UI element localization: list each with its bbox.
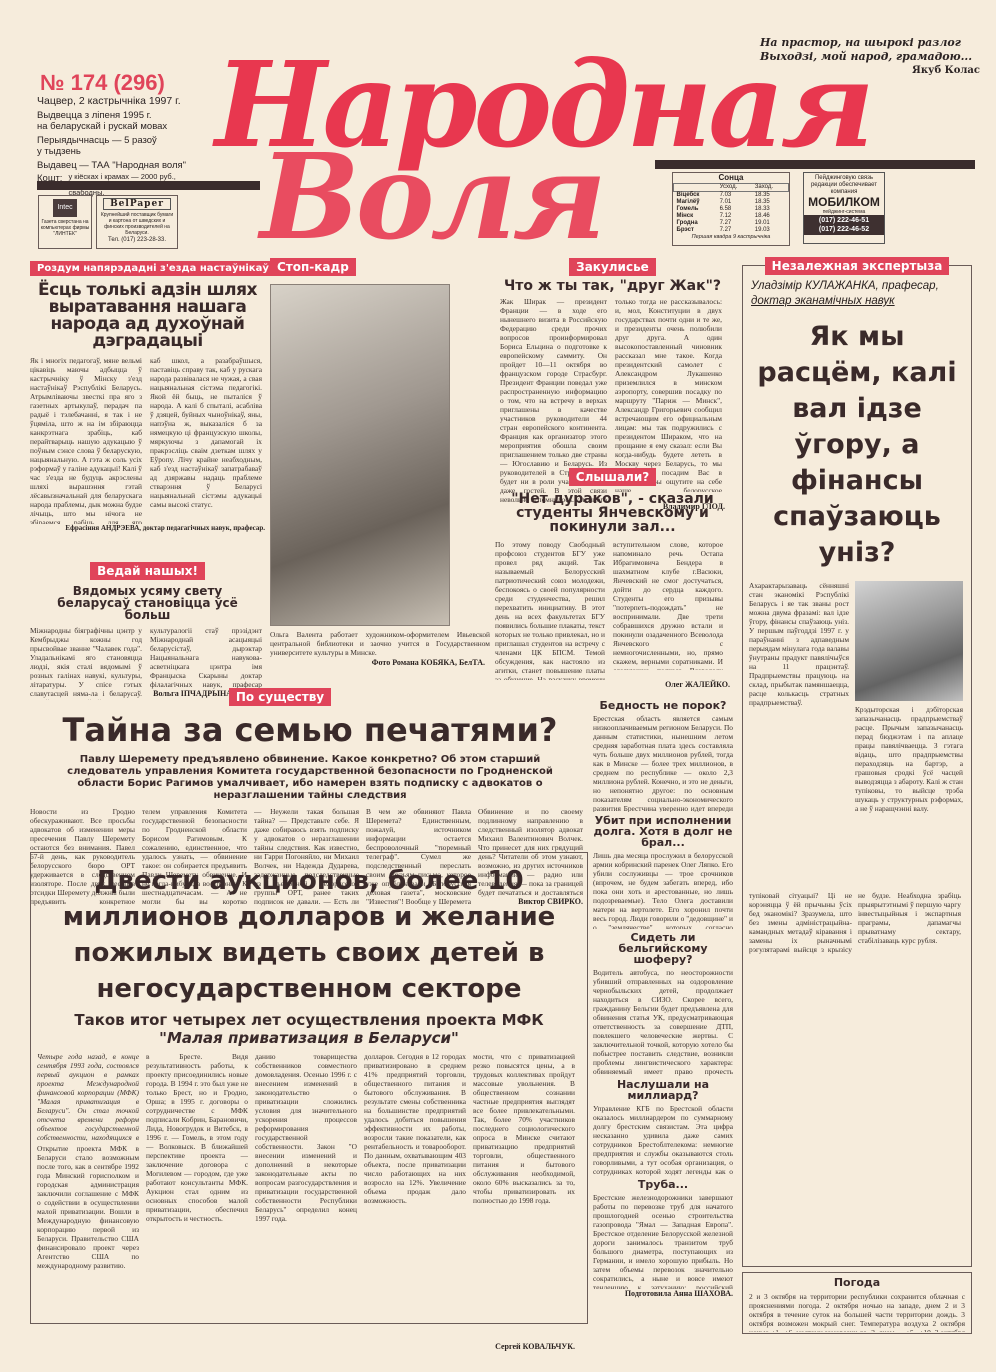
weather-title: Погода bbox=[743, 1277, 971, 1288]
sun-row: Магілёў7.0118.35 bbox=[674, 199, 789, 206]
deck: Павлу Шеремету предъявлено обвинение. Ка… bbox=[44, 754, 576, 802]
section-tag: Закулисье bbox=[569, 258, 656, 276]
photo-credit: Фото Романа КОБЯКА, БелТА. bbox=[270, 658, 485, 667]
section-tag: Стоп-кадр bbox=[270, 258, 356, 276]
brest-headline-4: Наслушали на миллиард? bbox=[593, 1079, 733, 1101]
author-name: Уладзімір КУЛАЖАНКА, прафесар, bbox=[751, 279, 963, 294]
body-col-1: Открытие проекта МФК в Беларуси стало во… bbox=[37, 1144, 139, 1354]
belpaper-logo: BelPaper bbox=[103, 198, 171, 210]
epigraph-author: Якуб Колас bbox=[760, 64, 980, 78]
masthead-rule-left bbox=[37, 181, 260, 190]
headline: Двести аукционов, более 10 миллионов дол… bbox=[51, 863, 567, 1007]
epigraph-line-1: На прастор, на шырокі разлог bbox=[760, 36, 980, 50]
sun-row: Брэст7.2719.03 bbox=[674, 227, 789, 234]
headline: Что ж ты так, "друг Жак"? bbox=[500, 279, 725, 293]
weather-box: Погода 2 и 3 октября на территории респу… bbox=[742, 1272, 972, 1334]
headline: Тайна за семью печатями? bbox=[30, 714, 590, 746]
sun-row: Гродна7.2719.01 bbox=[674, 220, 789, 227]
mobilcom-text: Пейджинговую связь редакции обеспечивает… bbox=[804, 173, 884, 196]
brest-text-2: Лишь два месяца прослужил в белорусской … bbox=[593, 851, 733, 929]
section-tag: Ведай нашых! bbox=[90, 562, 205, 580]
lintec-text: Газета сверстана на компьютерах фирмы "Л… bbox=[39, 219, 91, 237]
brest-headline-5: Труба... bbox=[593, 1179, 733, 1190]
lintec-ad: Intec Газета сверстана на компьютерах фи… bbox=[38, 195, 92, 249]
issue-number: № 174 (296) bbox=[40, 70, 165, 96]
photo-caption: Ольга Валента работает художником-оформи… bbox=[270, 630, 490, 658]
body-col-2: в Бресте. Видя результативность работы, … bbox=[146, 1052, 248, 1354]
body-col-5: мости, что с приватизацией резко повысят… bbox=[473, 1052, 575, 1342]
sun-row: Гомель6.5818.33 bbox=[674, 206, 789, 213]
byline: Сергей КОВАЛЬЧУК. bbox=[473, 1342, 575, 1351]
body-col-4: долларов. Сегодня в 12 городах приватизи… bbox=[364, 1052, 466, 1354]
body-col-1: Ахарактарызаваць сённяшні стан эканомікі… bbox=[749, 581, 849, 881]
newspaper-title-line2: Воля bbox=[260, 132, 603, 262]
author-title: доктар эканамічных навук bbox=[751, 294, 963, 309]
sun-row: Віцебск7.0318.35 bbox=[674, 192, 789, 200]
author-photo bbox=[855, 581, 963, 701]
sun-table: Сонца Усход.Заход. Віцебск7.0318.35 Магі… bbox=[672, 172, 790, 246]
mobilcom-ad: Пейджинговую связь редакции обеспечивает… bbox=[803, 172, 885, 244]
brest-text-4: Управление КГБ по Брестской области оказ… bbox=[593, 1104, 733, 1176]
byline: Подготовила Анна ШАХОВА. bbox=[593, 1289, 733, 1298]
body-col-2: культуралогіі стаў прэзідэнт Міжнароднай… bbox=[150, 626, 262, 689]
sun-row: Мінск7.1218.46 bbox=[674, 213, 789, 220]
lead-text: Четыре года назад, в конце сентября 1993… bbox=[37, 1052, 139, 1142]
epigraph-line-2: Выходзі, мой народ, грамадою... bbox=[760, 50, 980, 64]
section-tag: Роздум напярэдадні з'езда настаўнікаў bbox=[30, 261, 276, 276]
epigraph: На прастор, на шырокі разлог Выходзі, мо… bbox=[760, 36, 980, 78]
mobilcom-phone-1: (017) 222-46-51 bbox=[804, 216, 884, 225]
weather-text: 2 и 3 октября на территории республики с… bbox=[749, 1292, 965, 1332]
brest-headline-3: Сидеть ли бельгийскому шоферу? bbox=[593, 932, 733, 965]
brest-headline-2: Убит при исполнении долга. Хотя в долг н… bbox=[593, 815, 733, 848]
brest-headline-1: Бедность не порок? bbox=[593, 700, 733, 711]
section-tag: Незалежная экспертыза bbox=[765, 257, 950, 275]
belpaper-text: Крупнейший поставщик бумаги и картона от… bbox=[97, 212, 177, 236]
body-col-2: каб школ, а разабраўшыся, паставіць спра… bbox=[150, 356, 262, 524]
belpaper-phone: Тел. (017) 223-28-33. bbox=[97, 237, 177, 243]
section-tag: По существу bbox=[229, 688, 331, 706]
byline: Ефрасіння АНДРЭЕВА, доктар педагагічных … bbox=[30, 524, 265, 532]
mobilcom-phone-2: (017) 222-46-52 bbox=[804, 225, 884, 234]
body-col-1: Як і многіх педагогаў, мяне вельмі цікав… bbox=[30, 356, 142, 524]
article-famous: Ведай нашых! Вядомых усяму свету беларус… bbox=[30, 562, 265, 700]
mobilcom-logo: МОБИЛКОМ bbox=[804, 196, 884, 209]
body-col-2: только тогда не рассказывалось: и, мол, … bbox=[615, 297, 722, 492]
lintec-logo: Intec bbox=[53, 199, 77, 217]
headline: "Нет дураков", - сказали студенты Янчевс… bbox=[495, 492, 730, 534]
col-set: Заход. bbox=[752, 184, 789, 192]
headline: Як мы расцём, калі вал ідзе ўгору, а фін… bbox=[749, 319, 965, 571]
masthead: № 174 (296) Чацвер, 2 кастрычніка 1997 г… bbox=[0, 0, 996, 250]
deck-line-2: "Малая приватизация в Беларуси" bbox=[31, 1029, 587, 1047]
section-tag: Слышали? bbox=[569, 468, 656, 486]
sun-table-grid: Усход.Заход. Віцебск7.0318.35 Магілёў7.0… bbox=[673, 183, 789, 234]
headline: Ёсць толькі адзін шлях выратавання нашаг… bbox=[30, 282, 265, 350]
body-col-2: Крэдыторская і дэбіторская запазычанасць… bbox=[855, 705, 963, 885]
body-col-3: данию товарищества собственников совмест… bbox=[255, 1052, 357, 1354]
col-rise: Усход. bbox=[717, 184, 752, 192]
belpaper-ad: BelPaper Крупнейший поставщик бумаги и к… bbox=[96, 195, 178, 249]
photo-image bbox=[270, 284, 450, 626]
masthead-rule-right bbox=[655, 160, 975, 169]
article-kulazhanka: Незалежная экспертыза Уладзімір КУЛАЖАНК… bbox=[742, 265, 972, 1267]
sun-table-title: Сонца bbox=[673, 173, 789, 183]
article-teachers: Роздум напярэдадні з'езда настаўнікаў Ёс… bbox=[30, 258, 265, 532]
body-col-2: вступительном слове, которое напоминало … bbox=[613, 540, 723, 670]
moon-note: Першая квадра 9 кастрычніка bbox=[673, 234, 789, 240]
brest-text-3: Водитель автобуса, по неосторожности уби… bbox=[593, 968, 733, 1076]
article-privatization: Двести аукционов, более 10 миллионов дол… bbox=[30, 852, 588, 1324]
body-col-1: По этому поводу Свободный профсоюз студе… bbox=[495, 540, 605, 680]
photo-block: Стоп-кадр Ольга Валента работает художни… bbox=[270, 258, 460, 667]
article-brest: Бедность не порок? Брестская область явл… bbox=[593, 700, 733, 1298]
brest-text-5: Брестские железнодорожники завершают раб… bbox=[593, 1193, 733, 1289]
article-students: Слышали? "Нет дураков", - сказали студен… bbox=[495, 468, 730, 689]
deck-line-1: Таков итог четырех лет осуществления про… bbox=[31, 1011, 587, 1029]
brest-text-1: Брестская область является самым низкооп… bbox=[593, 714, 733, 812]
headline: Вядомых усяму свету беларусаў становіцца… bbox=[40, 585, 255, 621]
